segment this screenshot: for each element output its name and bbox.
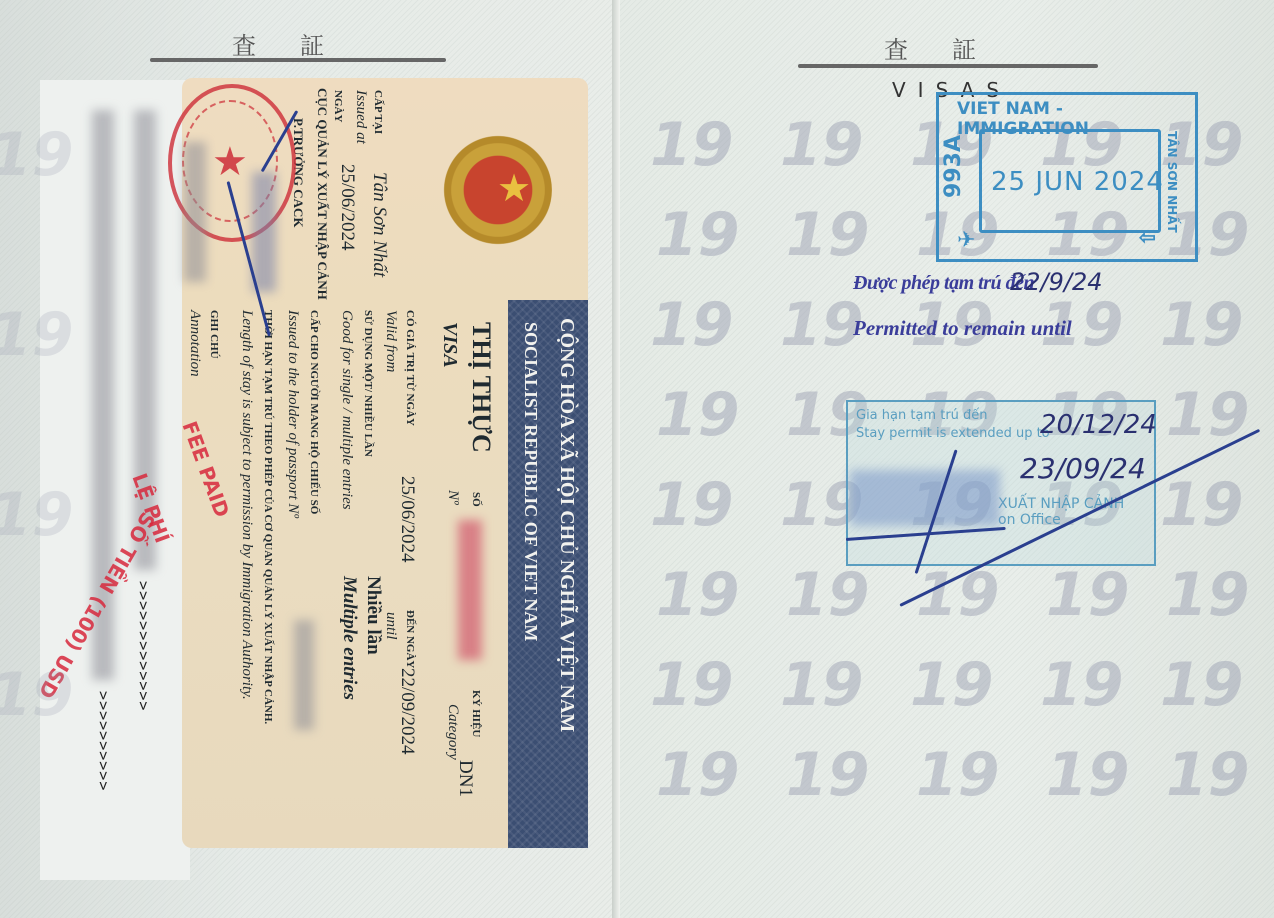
visa-title-en: VISA bbox=[438, 322, 461, 368]
entries-label-en: Good for single / multiple entries bbox=[338, 310, 355, 510]
annotation-label-en: Annotation bbox=[186, 310, 203, 377]
arrival-arrow-icon: ⇦ bbox=[1139, 225, 1156, 250]
number-label-en: Nº bbox=[444, 490, 461, 505]
entries-value-vn: Nhiều lần bbox=[362, 576, 384, 655]
category-value: DN1 bbox=[454, 760, 476, 797]
left-page-header: 査証 bbox=[232, 26, 368, 61]
watermark-19: 19 bbox=[656, 200, 740, 270]
redacted-signature bbox=[252, 172, 276, 292]
redacted-signature-name bbox=[184, 142, 206, 282]
watermark-19: 19 bbox=[656, 560, 740, 630]
watermark-19: 19 bbox=[916, 740, 1000, 810]
category-label-vn: KÝ HIỆU bbox=[470, 690, 482, 737]
category-label-en: Category bbox=[444, 704, 461, 760]
watermark-19: 19 bbox=[656, 740, 740, 810]
entry-stamp-code: 993A bbox=[941, 135, 966, 198]
watermark-19: 19 bbox=[1040, 650, 1124, 720]
valid-until-label-en: until bbox=[382, 612, 399, 640]
watermark-19: 19 bbox=[1160, 650, 1244, 720]
issued-at-label-vn: CẤP TẠI bbox=[372, 90, 384, 134]
date-label-vn: NGÀY bbox=[332, 90, 344, 122]
permit-label-en: Permitted to remain until bbox=[853, 316, 1072, 341]
watermark-19: 19 bbox=[650, 290, 734, 360]
emblem-star-icon: ★ bbox=[497, 170, 531, 208]
extension-authority-en: on Office bbox=[998, 512, 1061, 528]
watermark-19: 19 bbox=[780, 110, 864, 180]
right-header-rule bbox=[798, 64, 1098, 68]
entry-stamp: VIET NAM - IMMIGRATION 25 JUN 2024 993A … bbox=[936, 92, 1198, 262]
watermark-19: 19 bbox=[1166, 560, 1250, 630]
redacted-visa-number bbox=[458, 520, 482, 660]
watermark-19: 19 bbox=[786, 560, 870, 630]
watermark-19: 19 bbox=[1046, 740, 1130, 810]
mrz-chevrons: <<<<<<<<<< bbox=[94, 690, 112, 790]
band-country-en: SOCIALIST REPUBLIC OF VIET NAM bbox=[520, 322, 541, 641]
right-page-header: 査証 bbox=[884, 30, 1020, 65]
watermark-19: 19 bbox=[1046, 560, 1130, 630]
visa-title-vn: THỊ THỰC bbox=[466, 322, 496, 453]
extension-label-vn: Gia hạn tạm trú đến bbox=[856, 408, 988, 423]
holder-label-vn: CẤP CHO NGƯỜI MANG HỘ CHIẾU SỐ bbox=[308, 310, 320, 514]
issued-at-value: Tân Sơn Nhất bbox=[368, 172, 390, 277]
valid-from-value: 25/06/2024 bbox=[396, 476, 418, 563]
watermark-19: 19 bbox=[650, 470, 734, 540]
entry-stamp-port: TÂN SƠN NHẤT bbox=[1165, 131, 1179, 233]
watermark-19: 19 bbox=[0, 660, 74, 730]
valid-from-label-en: Valid from bbox=[382, 310, 399, 372]
band-country-vn: CỘNG HÒA XÃ HỘI CHỦ NGHĨA VIỆT NAM bbox=[555, 318, 578, 732]
valid-from-label-vn: CÓ GIÁ TRỊ TỪ NGÀY bbox=[404, 310, 416, 426]
watermark-19: 19 bbox=[910, 650, 994, 720]
watermark-19: 19 bbox=[0, 120, 74, 190]
airplane-icon: ✈ bbox=[957, 227, 975, 253]
watermark-19: 19 bbox=[786, 740, 870, 810]
stay-label-en: Length of stay is subject to permission … bbox=[238, 310, 255, 700]
watermark-19: 19 bbox=[656, 380, 740, 450]
watermark-19: 19 bbox=[780, 290, 864, 360]
permit-handwritten-date: 22/9/24 bbox=[1010, 268, 1103, 296]
watermark-19: 19 bbox=[0, 300, 74, 370]
mrz-chevrons: <<<<<<<<<<<<< bbox=[134, 580, 152, 710]
watermark-19: 19 bbox=[650, 650, 734, 720]
annotation-label-vn: GHI CHÚ bbox=[208, 310, 220, 359]
stay-label-vn: THỜI HẠN TẠM TRÚ THEO PHÉP CỦA CƠ QUAN Q… bbox=[262, 310, 274, 724]
valid-until-label-vn: ĐẾN NGÀY bbox=[404, 610, 416, 668]
watermark-19: 19 bbox=[1160, 470, 1244, 540]
number-label-vn: SỐ bbox=[470, 492, 482, 507]
holder-label-en: Issued to the holder of passport Nº bbox=[284, 310, 301, 518]
national-emblem bbox=[432, 130, 552, 250]
redacted-extension-signature bbox=[850, 470, 1000, 526]
issued-at-label-en: Issued at bbox=[352, 90, 369, 144]
redacted-passport-number bbox=[294, 620, 314, 730]
extension-label-en: Stay permit is extended up to bbox=[856, 426, 1050, 441]
watermark-19: 19 bbox=[780, 650, 864, 720]
watermark-19: 19 bbox=[916, 560, 1000, 630]
extension-handwritten-date-2: 23/09/24 bbox=[1020, 452, 1146, 485]
entry-stamp-date: 25 JUN 2024 bbox=[991, 167, 1164, 197]
seal-star-icon: ★ bbox=[212, 138, 248, 185]
authority-line: CỤC QUẢN LÝ XUẤT NHẬP CẢNH bbox=[314, 88, 330, 300]
entries-label-vn: SỬ DỤNG MỘT/ NHIỀU LẦN bbox=[362, 310, 374, 457]
entries-value-en: Multiple entries bbox=[338, 576, 360, 700]
watermark-19: 19 bbox=[1166, 740, 1250, 810]
watermark-19: 19 bbox=[1160, 290, 1244, 360]
left-header-rule bbox=[150, 58, 446, 62]
watermark-19: 19 bbox=[0, 480, 74, 550]
watermark-19: 19 bbox=[650, 110, 734, 180]
extension-handwritten-date-1: 20/12/24 bbox=[1040, 410, 1157, 440]
watermark-19: 19 bbox=[786, 200, 870, 270]
valid-until-value: 22/09/2024 bbox=[396, 668, 418, 755]
permit-label-vn: Được phép tạm trú đến bbox=[853, 272, 1034, 295]
issue-date-value: 25/06/2024 bbox=[336, 164, 358, 251]
